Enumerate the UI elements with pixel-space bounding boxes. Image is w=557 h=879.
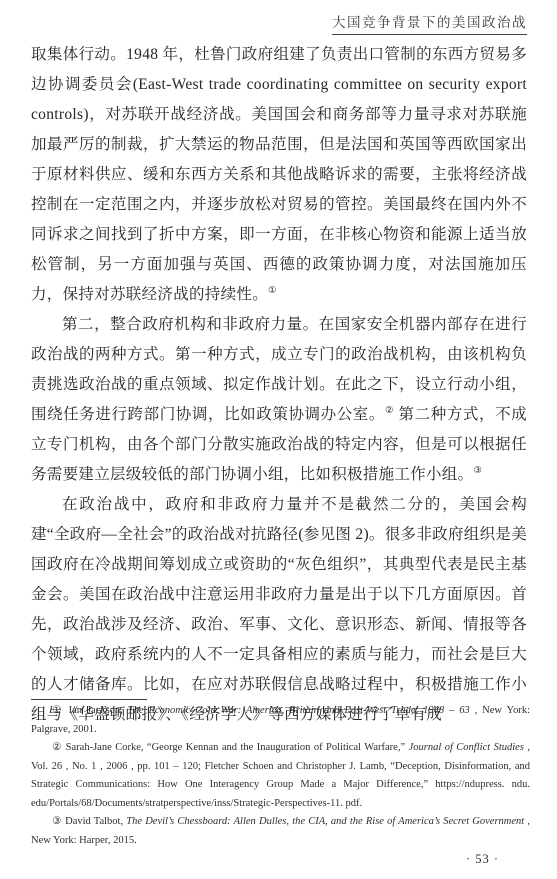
document-page: 大国竞争背景下的美国政治战 取集体行动。1948 年，杜鲁门政府组建了负责出口管… [0, 0, 557, 879]
footnote-separator [31, 699, 147, 700]
footnote-3: ③ David Talbot, The Devil’s Chessboard: … [31, 813, 530, 850]
paragraph: 第二，整合政府机构和非政府力量。在国家安全机器内部存在进行政治战的两种方式。第一… [31, 310, 527, 490]
footnotes: ① Ian Jackson, The Economic Cold War: Am… [31, 702, 530, 850]
footnote-2: ② Sarah-Jane Corke, “George Kennan and t… [31, 739, 530, 813]
page-number: · 53 · [466, 852, 499, 867]
paragraph-continuation: 取集体行动。1948 年，杜鲁门政府组建了负责出口管制的东西方贸易多边协调委员会… [31, 40, 527, 310]
footnote-1: ① Ian Jackson, The Economic Cold War: Am… [31, 702, 530, 739]
paragraph: 在政治战中，政府和非政府力量并不是截然二分的，美国会构建“全政府—全社会”的政治… [31, 490, 527, 730]
running-head-title: 大国竞争背景下的美国政治战 [332, 11, 527, 35]
running-head: 大国竞争背景下的美国政治战 [332, 11, 527, 35]
body-text: 取集体行动。1948 年，杜鲁门政府组建了负责出口管制的东西方贸易多边协调委员会… [31, 40, 527, 730]
